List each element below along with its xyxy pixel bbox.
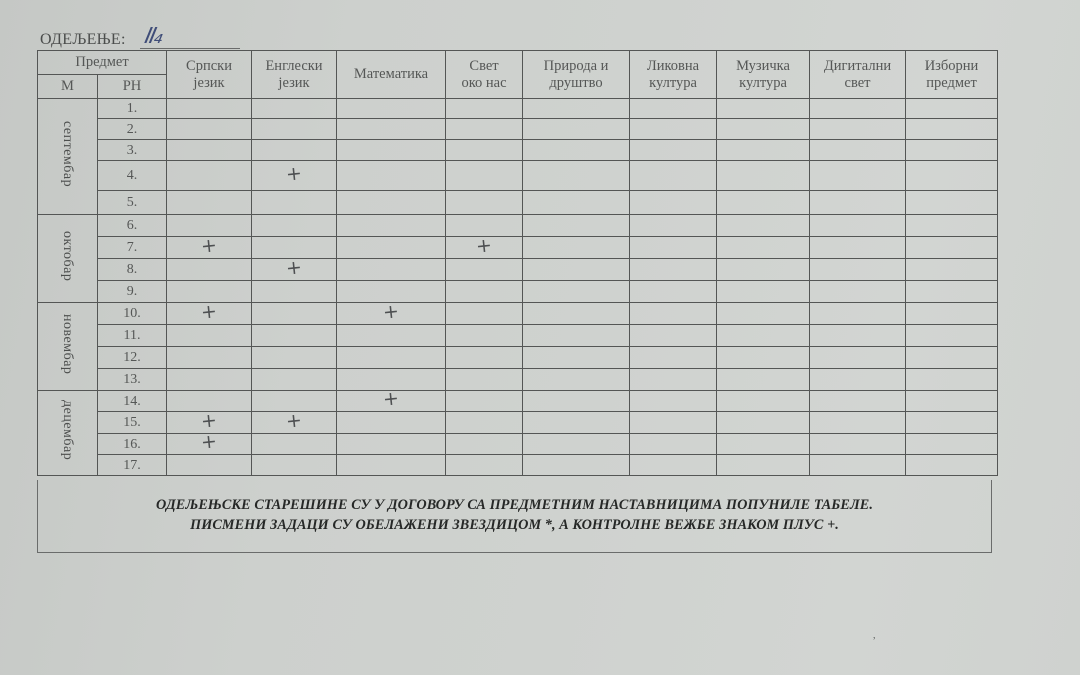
subject-header-line1: Музичка [717, 58, 809, 75]
grade-cell [337, 119, 446, 140]
lesson-number: 5. [98, 191, 167, 215]
grade-cell [446, 412, 523, 434]
grade-cell [252, 303, 337, 325]
grade-cell [252, 237, 337, 259]
grade-cell [630, 191, 717, 215]
grade-cell [523, 281, 630, 303]
subject-header: Музичкакултура [717, 51, 810, 99]
subject-header-line1: Природа и [523, 58, 629, 75]
grade-cell [523, 455, 630, 476]
grade-cell [167, 99, 252, 119]
table-row: 13. [38, 369, 998, 391]
grade-cell [337, 434, 446, 455]
grade-cell [523, 325, 630, 347]
grade-cell [167, 347, 252, 369]
class-value-handwritten: II₄ [142, 24, 163, 49]
grade-cell [906, 369, 998, 391]
month-label: октобар [59, 231, 76, 281]
grade-cell [252, 99, 337, 119]
grade-cell [167, 191, 252, 215]
grade-cell [523, 191, 630, 215]
grade-cell: + [446, 237, 523, 259]
plus-mark-icon: + [285, 166, 302, 182]
table-row: 15.++ [38, 412, 998, 434]
grade-cell [906, 215, 998, 237]
grade-cell [337, 237, 446, 259]
grade-cell [810, 140, 906, 161]
grade-cell [630, 369, 717, 391]
test-schedule-table: Предмет СрпскијезикЕнглескијезикМатемати… [37, 50, 998, 476]
grade-cell [337, 325, 446, 347]
subject-header: Математика [337, 51, 446, 99]
table-row: октобар6. [38, 215, 998, 237]
grade-cell [630, 119, 717, 140]
grade-cell [717, 140, 810, 161]
grade-cell [630, 325, 717, 347]
table-header: Предмет СрпскијезикЕнглескијезикМатемати… [38, 51, 998, 99]
grade-cell [252, 455, 337, 476]
grade-cell [337, 99, 446, 119]
table-row: 8.+ [38, 259, 998, 281]
grade-cell [446, 140, 523, 161]
subject-header-line2: свет [810, 75, 905, 92]
plus-mark-icon: + [475, 238, 492, 254]
grade-cell [446, 391, 523, 412]
grade-cell [630, 391, 717, 412]
footer-note: ОДЕЉЕЊСКЕ СТАРЕШИНЕ СУ У ДОГОВОРУ СА ПРЕ… [37, 480, 992, 553]
month-label: децембар [59, 400, 76, 460]
grade-cell [446, 303, 523, 325]
table-row: 16.+ [38, 434, 998, 455]
month-cell: децембар [38, 391, 98, 476]
lesson-number: 1. [98, 99, 167, 119]
grade-cell [523, 391, 630, 412]
grade-cell [446, 259, 523, 281]
grade-cell [523, 119, 630, 140]
grade-cell [337, 140, 446, 161]
grade-cell [252, 325, 337, 347]
grade-cell [630, 215, 717, 237]
grade-cell [446, 369, 523, 391]
grade-cell [446, 455, 523, 476]
month-col-header: М [38, 75, 98, 99]
footer-note-line2: ПИСМЕНИ ЗАДАЦИ СУ ОБЕЛАЖЕНИ ЗВЕЗДИЦОМ *,… [38, 517, 991, 534]
lesson-number: 13. [98, 369, 167, 391]
grade-cell [167, 161, 252, 191]
subject-header-line2: друштво [523, 75, 629, 92]
table-row: новембар10.++ [38, 303, 998, 325]
grade-cell [906, 191, 998, 215]
grade-cell [446, 325, 523, 347]
grade-cell [523, 369, 630, 391]
table-row: 12. [38, 347, 998, 369]
grade-cell [810, 369, 906, 391]
subject-header-line1: Дигитални [810, 58, 905, 75]
lesson-col-header: РН [98, 75, 167, 99]
subject-header-line1: Математика [337, 66, 445, 83]
lesson-number: 7. [98, 237, 167, 259]
grade-cell [630, 237, 717, 259]
grade-cell [446, 434, 523, 455]
grade-cell [717, 161, 810, 191]
grade-cell: + [167, 303, 252, 325]
grade-cell [252, 140, 337, 161]
grade-cell [167, 119, 252, 140]
grade-cell [717, 281, 810, 303]
grade-cell [810, 412, 906, 434]
lesson-number: 17. [98, 455, 167, 476]
grade-cell [717, 347, 810, 369]
month-cell: новембар [38, 303, 98, 391]
grade-cell [906, 325, 998, 347]
month-cell: октобар [38, 215, 98, 303]
table-row: 5. [38, 191, 998, 215]
table-row: 7.++ [38, 237, 998, 259]
grade-cell [446, 347, 523, 369]
grade-cell [906, 281, 998, 303]
grade-cell [523, 259, 630, 281]
grade-cell [810, 347, 906, 369]
subject-header-line2: предмет [906, 75, 997, 92]
lesson-number: 6. [98, 215, 167, 237]
subject-header-line2: језик [167, 75, 251, 92]
subject-header-line1: Изборни [906, 58, 997, 75]
subject-header-line1: Свет [446, 58, 522, 75]
grade-cell [717, 99, 810, 119]
grade-cell [252, 215, 337, 237]
grade-cell [252, 434, 337, 455]
grade-cell: + [252, 259, 337, 281]
lesson-number: 4. [98, 161, 167, 191]
table-row: децембар14.+ [38, 391, 998, 412]
grade-cell [630, 281, 717, 303]
grade-cell [810, 391, 906, 412]
grade-cell [523, 434, 630, 455]
grade-cell [810, 237, 906, 259]
grade-cell [717, 369, 810, 391]
grade-cell [717, 325, 810, 347]
grade-cell [810, 325, 906, 347]
grade-cell [167, 455, 252, 476]
grade-cell [906, 303, 998, 325]
table-row: 9. [38, 281, 998, 303]
plus-mark-icon: + [200, 304, 217, 320]
grade-cell [906, 412, 998, 434]
grade-cell [252, 369, 337, 391]
subject-group-header: Предмет [38, 51, 167, 75]
grade-cell [630, 412, 717, 434]
table-row: 2. [38, 119, 998, 140]
grade-cell [717, 237, 810, 259]
grade-cell [717, 119, 810, 140]
grade-cell [337, 281, 446, 303]
subject-header: Изборнипредмет [906, 51, 998, 99]
grade-cell [810, 99, 906, 119]
grade-cell: + [167, 237, 252, 259]
lesson-number: 3. [98, 140, 167, 161]
grade-cell [630, 347, 717, 369]
grade-cell [337, 259, 446, 281]
plus-mark-icon: + [285, 413, 302, 429]
grade-cell [523, 412, 630, 434]
subject-header-line2: језик [252, 75, 336, 92]
grade-cell [810, 259, 906, 281]
class-underline [140, 48, 240, 49]
table-row: септембар1. [38, 99, 998, 119]
grade-cell [717, 391, 810, 412]
grade-cell [810, 119, 906, 140]
grade-cell [630, 140, 717, 161]
grade-cell [252, 347, 337, 369]
grade-cell [810, 455, 906, 476]
grade-cell [523, 237, 630, 259]
grade-cell [446, 215, 523, 237]
grade-cell [630, 303, 717, 325]
lesson-number: 15. [98, 412, 167, 434]
month-label: новембар [59, 314, 76, 374]
subject-header-line1: Ликовна [630, 58, 716, 75]
grade-cell [810, 281, 906, 303]
grade-cell: + [252, 412, 337, 434]
grade-cell [906, 434, 998, 455]
subject-header: Енглескијезик [252, 51, 337, 99]
grade-cell [337, 215, 446, 237]
lesson-number: 11. [98, 325, 167, 347]
grade-cell [167, 140, 252, 161]
grade-cell [167, 369, 252, 391]
grade-cell [717, 412, 810, 434]
subject-header: Дигиталнисвет [810, 51, 906, 99]
grade-cell [717, 434, 810, 455]
grade-cell: + [337, 391, 446, 412]
subject-header-line1: Енглески [252, 58, 336, 75]
grade-cell [717, 303, 810, 325]
grade-cell [906, 259, 998, 281]
grade-cell [167, 215, 252, 237]
grade-cell [717, 215, 810, 237]
grade-cell [167, 281, 252, 303]
grade-cell: + [337, 303, 446, 325]
grade-cell: + [252, 161, 337, 191]
grade-cell [337, 347, 446, 369]
subject-header-line1: Српски [167, 58, 251, 75]
grade-cell [252, 281, 337, 303]
grade-cell [906, 161, 998, 191]
grade-cell [630, 455, 717, 476]
grade-cell [906, 455, 998, 476]
grade-cell [167, 391, 252, 412]
grade-cell [630, 434, 717, 455]
grade-cell [523, 303, 630, 325]
subject-header-line2: култура [717, 75, 809, 92]
lesson-number: 2. [98, 119, 167, 140]
grade-cell [446, 119, 523, 140]
paper-speck: , [873, 630, 876, 641]
grade-cell [630, 161, 717, 191]
lesson-number: 10. [98, 303, 167, 325]
grade-cell [252, 119, 337, 140]
grade-cell [446, 281, 523, 303]
grade-cell [523, 347, 630, 369]
grade-cell [717, 455, 810, 476]
class-label: ОДЕЉЕЊЕ: [40, 31, 126, 49]
plus-mark-icon: + [200, 238, 217, 254]
grade-cell [337, 191, 446, 215]
grade-cell [446, 161, 523, 191]
grade-cell [810, 191, 906, 215]
plus-mark-icon: + [382, 304, 399, 320]
grade-cell [446, 191, 523, 215]
grade-cell [810, 303, 906, 325]
grade-cell [337, 412, 446, 434]
lesson-number: 9. [98, 281, 167, 303]
grade-cell [906, 140, 998, 161]
grade-cell [717, 259, 810, 281]
grade-cell [906, 237, 998, 259]
plus-mark-icon: + [200, 413, 217, 429]
grade-cell [810, 215, 906, 237]
grade-cell [906, 347, 998, 369]
lesson-number: 12. [98, 347, 167, 369]
table-row: 4.+ [38, 161, 998, 191]
grade-cell [906, 391, 998, 412]
subject-header: Природа идруштво [523, 51, 630, 99]
subject-header: Српскијезик [167, 51, 252, 99]
grade-cell [252, 391, 337, 412]
grade-cell [167, 259, 252, 281]
grade-cell [906, 99, 998, 119]
plus-mark-icon: + [285, 260, 302, 276]
grade-cell [810, 434, 906, 455]
grade-cell [523, 215, 630, 237]
grade-cell [523, 140, 630, 161]
grade-cell [252, 191, 337, 215]
lesson-number: 14. [98, 391, 167, 412]
subject-header: Светоко нас [446, 51, 523, 99]
footer-note-line1: ОДЕЉЕЊСКЕ СТАРЕШИНЕ СУ У ДОГОВОРУ СА ПРЕ… [38, 497, 991, 514]
lesson-number: 16. [98, 434, 167, 455]
grade-cell [167, 325, 252, 347]
month-cell: септембар [38, 99, 98, 215]
grade-cell [630, 259, 717, 281]
month-label: септембар [59, 121, 76, 187]
subject-header: Ликовнакултура [630, 51, 717, 99]
table-body: септембар1.2.3.4.+5.октобар6.7.++8.+9.но… [38, 99, 998, 476]
lesson-number: 8. [98, 259, 167, 281]
plus-mark-icon: + [382, 391, 399, 407]
grade-cell [630, 99, 717, 119]
grade-cell [446, 99, 523, 119]
table-row: 3. [38, 140, 998, 161]
grade-cell [906, 119, 998, 140]
grade-cell [523, 99, 630, 119]
subject-header-line2: око нас [446, 75, 522, 92]
grade-cell [717, 191, 810, 215]
grade-cell [337, 161, 446, 191]
subject-header-line2: култура [630, 75, 716, 92]
plus-mark-icon: + [200, 434, 217, 450]
table-row: 17. [38, 455, 998, 476]
grade-cell [337, 455, 446, 476]
table-row: 11. [38, 325, 998, 347]
grade-cell [810, 161, 906, 191]
grade-cell [523, 161, 630, 191]
grade-cell: + [167, 434, 252, 455]
